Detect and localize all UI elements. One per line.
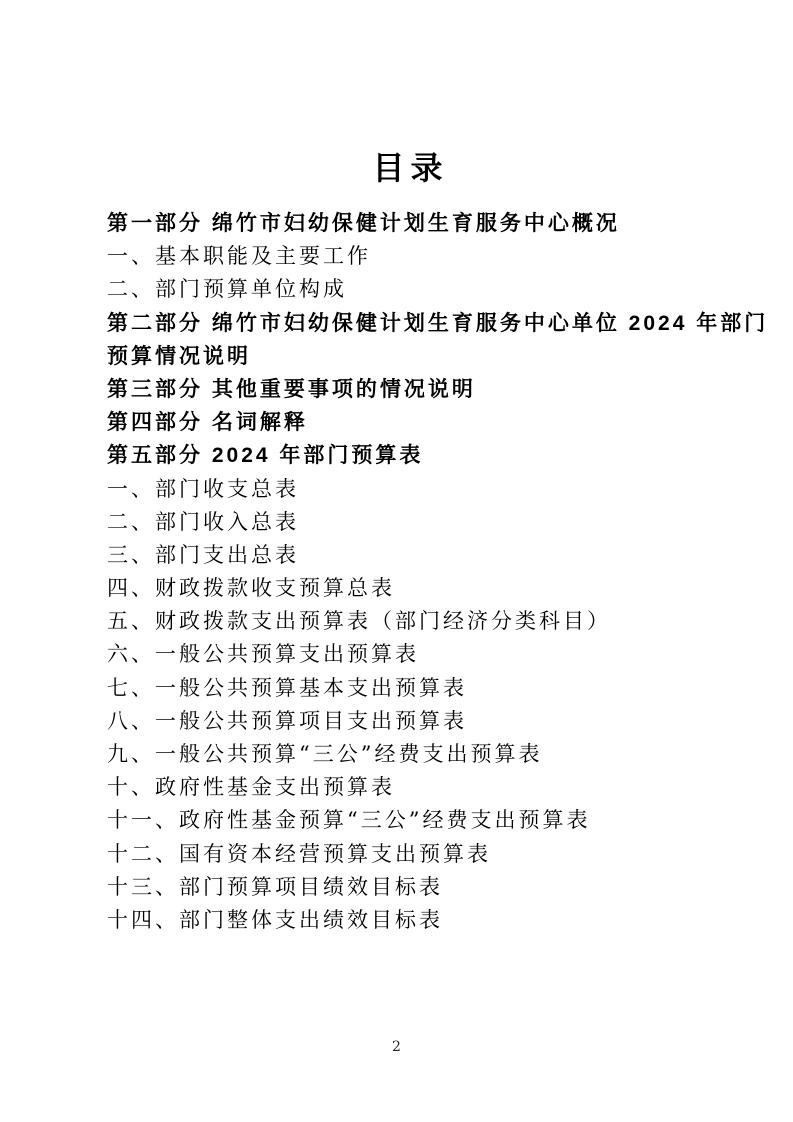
toc-item: 四、财政拨款收支预算总表: [107, 572, 779, 605]
toc-item: 五、财政拨款支出预算表（部门经济分类科目）: [107, 605, 779, 638]
document-page: 目录 第一部分 绵竹市妇幼保健计划生育服务中心概况一、基本职能及主要工作二、部门…: [0, 0, 793, 1122]
page-number: 2: [0, 1038, 793, 1056]
toc-part-heading: 第四部分 名词解释: [107, 406, 779, 439]
toc-item: 六、一般公共预算支出预算表: [107, 638, 779, 671]
toc-part-heading: 第二部分 绵竹市妇幼保健计划生育服务中心单位 2024 年部门: [107, 307, 779, 340]
toc-part-heading: 预算情况说明: [107, 340, 779, 373]
toc-item: 一、基本职能及主要工作: [107, 240, 779, 273]
toc-item: 十三、部门预算项目绩效目标表: [107, 871, 779, 904]
toc-item: 十、政府性基金支出预算表: [107, 771, 779, 804]
toc-list: 第一部分 绵竹市妇幼保健计划生育服务中心概况一、基本职能及主要工作二、部门预算单…: [107, 207, 779, 937]
toc-part-heading: 第五部分 2024 年部门预算表: [107, 439, 779, 472]
toc-item: 三、部门支出总表: [107, 539, 779, 572]
page-title: 目录: [0, 150, 793, 186]
toc-item: 七、一般公共预算基本支出预算表: [107, 672, 779, 705]
toc-part-heading: 第一部分 绵竹市妇幼保健计划生育服务中心概况: [107, 207, 779, 240]
toc-item: 十一、政府性基金预算“三公”经费支出预算表: [107, 804, 779, 837]
toc-item: 二、部门收入总表: [107, 506, 779, 539]
toc-item: 九、一般公共预算“三公”经费支出预算表: [107, 738, 779, 771]
toc-item: 十四、部门整体支出绩效目标表: [107, 904, 779, 937]
toc-item: 一、部门收支总表: [107, 473, 779, 506]
toc-item: 八、一般公共预算项目支出预算表: [107, 705, 779, 738]
toc-part-heading: 第三部分 其他重要事项的情况说明: [107, 373, 779, 406]
toc-item: 二、部门预算单位构成: [107, 273, 779, 306]
toc-item: 十二、国有资本经营预算支出预算表: [107, 838, 779, 871]
